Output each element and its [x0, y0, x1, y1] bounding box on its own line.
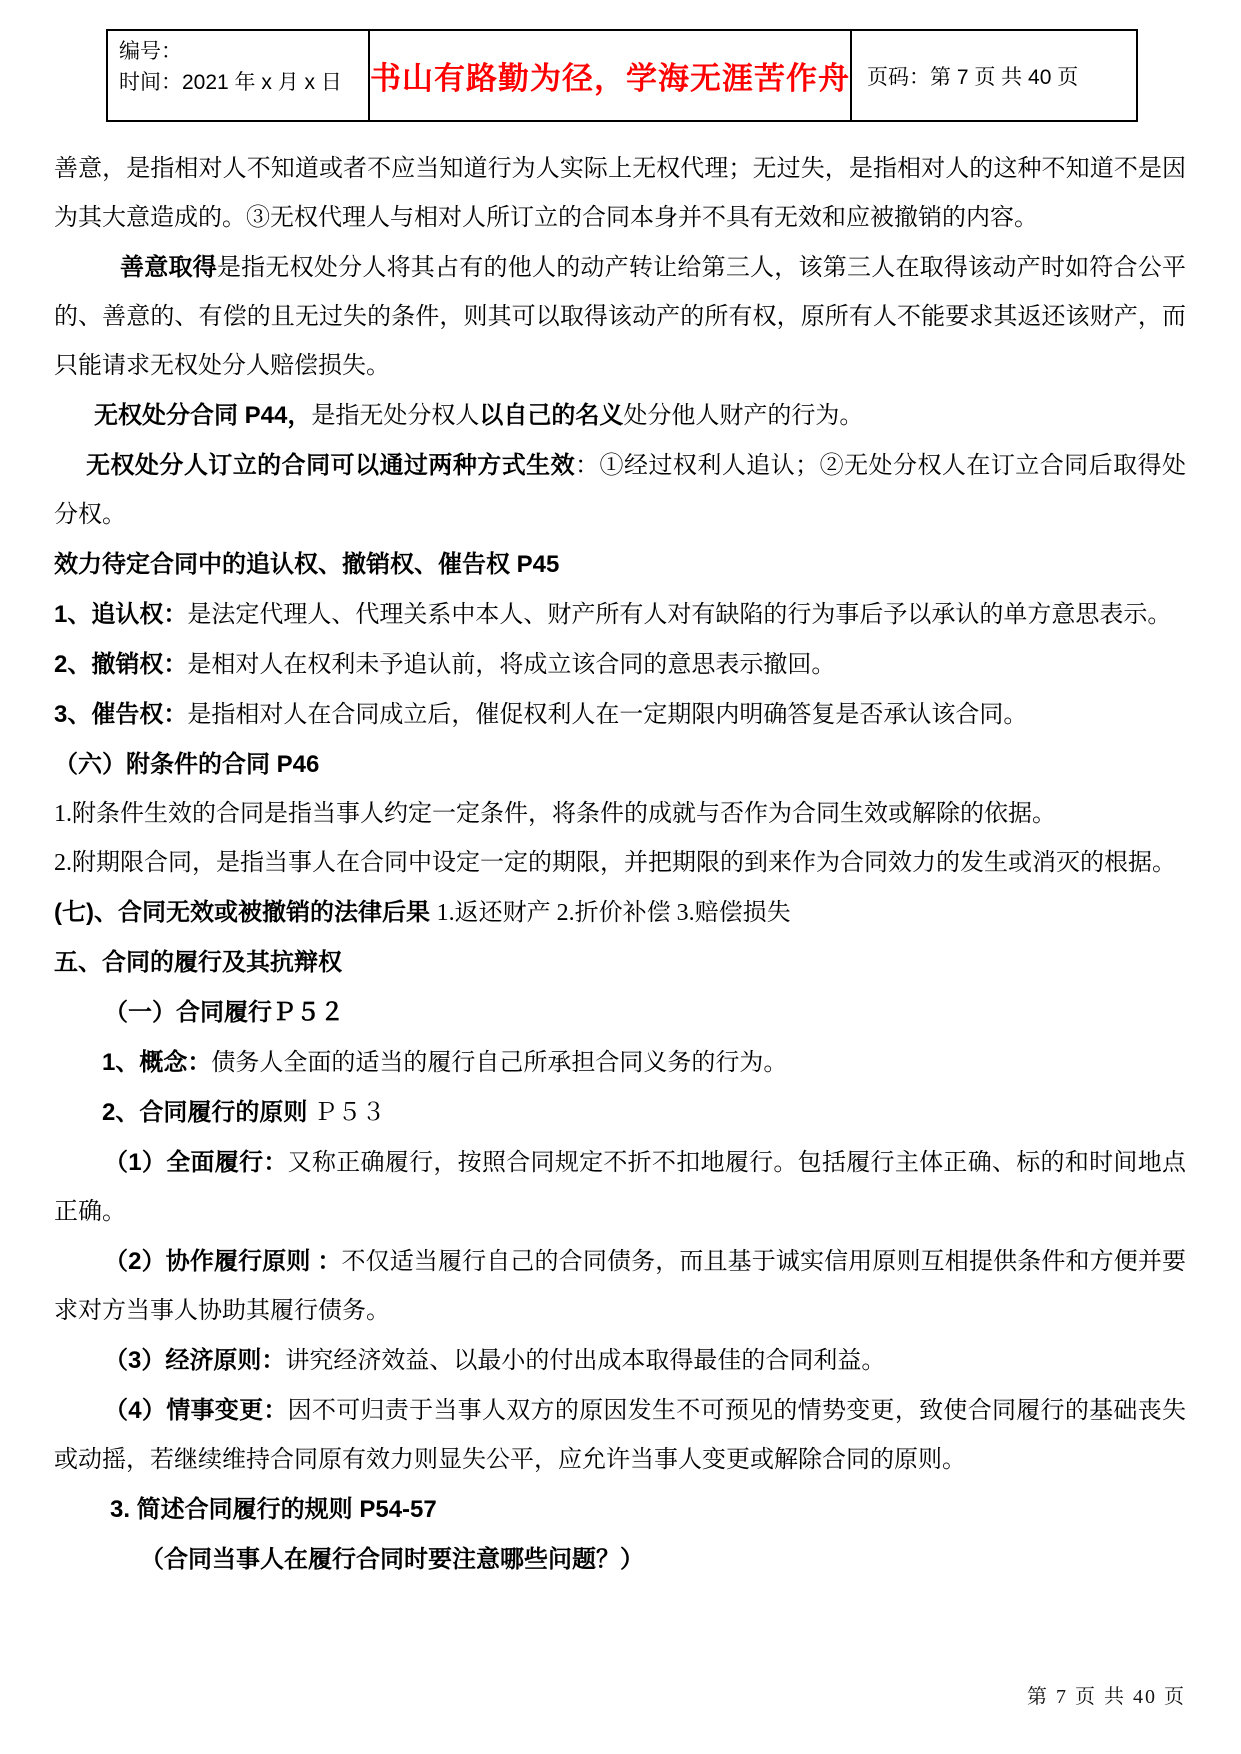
text-run: 是相对人在权利未予追认前，将成立该合同的意思表示撤回。	[187, 652, 835, 678]
body-paragraph: 善意，是指相对人不知道或者不应当知道行为人实际上无权代理；无过失，是指相对人的这…	[54, 145, 1186, 243]
body-paragraph: 2、撤销权：是相对人在权利未予追认前，将成立该合同的意思表示撤回。	[54, 640, 1186, 690]
text-run: 债务人全面的适当的履行自己所承担合同义务的行为。	[211, 1050, 787, 1076]
footer-page-number: 第 7 页 共 40 页	[54, 1680, 1186, 1709]
body-paragraph: （1）全面履行：又称正确履行，按照合同规定不折不扣地履行。包括履行主体正确、标的…	[54, 1138, 1186, 1237]
bold-text-run: 1、概念：	[102, 1049, 211, 1076]
text-run: Ｐ５３	[307, 1100, 385, 1126]
bold-text-run: 2、合同履行的原则	[102, 1099, 307, 1126]
bold-text-run: 五、合同的履行及其抗辩权	[54, 949, 342, 976]
text-run: 是指无权处分人将其占有的他人的动产转让给第三人，该第三人在取得该动产时如符合公平…	[54, 255, 1186, 379]
text-run: 处分他人财产的行为。	[623, 403, 863, 429]
doc-number-label: 编号：	[119, 36, 368, 67]
header-table: 编号： 时间：2021 年 x 月 x 日 书山有路勤为径，学海无涯苦作舟 页码…	[106, 29, 1138, 122]
bold-text-run: （六）附条件的合同 P46	[54, 751, 319, 778]
body-paragraph: 1、概念：债务人全面的适当的履行自己所承担合同义务的行为。	[54, 1038, 1186, 1088]
body-paragraph: 2.附期限合同，是指当事人在合同中设定一定的期限，并把期限的到来作为合同效力的发…	[54, 839, 1186, 888]
bold-text-run: （4）情事变更：	[104, 1397, 288, 1424]
text-run: 是指无处分权人	[311, 403, 479, 429]
text-run: 是指相对人在合同成立后，催促权利人在一定期限内明确答复是否承认该合同。	[187, 702, 1027, 728]
bold-text-run: 以自己的名义	[479, 402, 623, 429]
header-motto: 书山有路勤为径，学海无涯苦作舟	[370, 53, 850, 98]
text-run: 是法定代理人、代理关系中本人、财产所有人对有缺陷的行为事后予以承认的单方意思表示…	[187, 602, 1171, 628]
bold-text-run: 3、催告权：	[54, 701, 187, 728]
bold-text-run: (七)、合同无效或被撤销的法律后果	[54, 899, 437, 926]
header-page-cell: 页码：第 7 页 共 40 页	[852, 31, 1136, 120]
document-page: 编号： 时间：2021 年 x 月 x 日 书山有路勤为径，学海无涯苦作舟 页码…	[0, 0, 1241, 1754]
text-run: 讲究经济效益、以最小的付出成本取得最佳的合同利益。	[285, 1348, 885, 1374]
body-paragraph: 善意取得是指无权处分人将其占有的他人的动产转让给第三人，该第三人在取得该动产时如…	[54, 243, 1186, 391]
bold-text-run: 效力待定合同中的追认权、撤销权、催告权 P45	[54, 551, 559, 578]
bold-text-run: 3. 简述合同履行的规则 P54-57	[110, 1496, 437, 1523]
bold-text-run: 善意取得	[120, 254, 217, 281]
body-paragraph: （六）附条件的合同 P46	[54, 740, 1186, 790]
text-run: 善意，是指相对人不知道或者不应当知道行为人实际上无权代理；无过失，是指相对人的这…	[54, 156, 1186, 231]
text-run: 1.附条件生效的合同是指当事人约定一定条件，将条件的成就与否作为合同生效或解除的…	[54, 801, 1056, 827]
body-paragraph: 无权处分人订立的合同可以通过两种方式生效：①经过权利人追认；②无处分权人在订立合…	[54, 441, 1186, 540]
body-paragraph: 2、合同履行的原则 Ｐ５３	[54, 1088, 1186, 1138]
document-body: 善意，是指相对人不知道或者不应当知道行为人实际上无权代理；无过失，是指相对人的这…	[54, 145, 1186, 1585]
body-paragraph: （合同当事人在履行合同时要注意哪些问题？）	[54, 1535, 1186, 1585]
bold-text-run: （1）全面履行：	[104, 1149, 288, 1176]
body-paragraph: 五、合同的履行及其抗辩权	[54, 938, 1186, 988]
body-paragraph: （3）经济原则：讲究经济效益、以最小的付出成本取得最佳的合同利益。	[54, 1336, 1186, 1386]
bold-text-run: （一）合同履行Ｐ５２	[104, 999, 344, 1026]
bold-text-run: （2）协作履行原则 ：	[104, 1248, 341, 1275]
bold-text-run: （合同当事人在履行合同时要注意哪些问题？）	[140, 1546, 644, 1573]
body-paragraph: （一）合同履行Ｐ５２	[54, 988, 1186, 1038]
body-paragraph: 无权处分合同 P44，是指无处分权人以自己的名义处分他人财产的行为。	[54, 391, 1186, 441]
bold-text-run: 2、撤销权：	[54, 651, 187, 678]
body-paragraph: 效力待定合同中的追认权、撤销权、催告权 P45	[54, 540, 1186, 590]
bold-text-run: 1、追认权：	[54, 601, 187, 628]
header-meta-cell: 编号： 时间：2021 年 x 月 x 日	[108, 31, 370, 120]
body-paragraph: 3. 简述合同履行的规则 P54-57	[54, 1485, 1186, 1535]
text-run: 2.附期限合同，是指当事人在合同中设定一定的期限，并把期限的到来作为合同效力的发…	[54, 850, 1176, 876]
body-paragraph: (七)、合同无效或被撤销的法律后果 1.返还财产 2.折价补偿 3.赔偿损失	[54, 888, 1186, 938]
bold-text-run: （3）经济原则：	[104, 1347, 285, 1374]
body-paragraph: 1、追认权：是法定代理人、代理关系中本人、财产所有人对有缺陷的行为事后予以承认的…	[54, 590, 1186, 640]
bold-text-run: 无权处分人订立的合同可以通过两种方式生效	[86, 452, 575, 479]
doc-date: 时间：2021 年 x 月 x 日	[119, 67, 368, 98]
header-motto-cell: 书山有路勤为径，学海无涯苦作舟	[370, 31, 852, 120]
body-paragraph: （4）情事变更：因不可归责于当事人双方的原因发生不可预见的情势变更，致使合同履行…	[54, 1386, 1186, 1485]
body-paragraph: 1.附条件生效的合同是指当事人约定一定条件，将条件的成就与否作为合同生效或解除的…	[54, 790, 1186, 839]
body-paragraph: （2）协作履行原则 ：不仅适当履行自己的合同债务，而且基于诚实信用原则互相提供条…	[54, 1237, 1186, 1336]
header-page-info: 页码：第 7 页 共 40 页	[867, 61, 1078, 91]
bold-text-run: 无权处分合同 P44，	[94, 402, 311, 429]
body-paragraph: 3、催告权：是指相对人在合同成立后，催促权利人在一定期限内明确答复是否承认该合同…	[54, 690, 1186, 740]
text-run: 1.返还财产 2.折价补偿 3.赔偿损失	[437, 900, 791, 926]
